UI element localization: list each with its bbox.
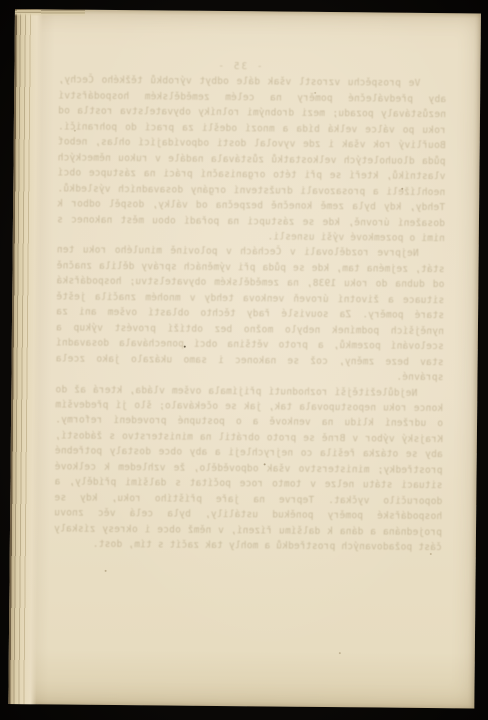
paper-specks — [15, 9, 17, 11]
page-edge-stack — [8, 9, 43, 704]
book-page: - 35 - Ve prospěchu vzrostl však dále od… — [8, 9, 481, 708]
bleedthrough-paragraph-2: Nejprve rozdělovali v Čechách v polovině… — [55, 243, 444, 386]
page-corner-stack — [15, 9, 85, 17]
bleedthrough-paragraph-3: Nejdůležitější rozhodnutí přijímala ovše… — [54, 382, 444, 556]
bleedthrough-paragraph-1: Ve prospěchu vzrostl však dále odbyt výr… — [57, 73, 447, 247]
scanned-photo-background: - 35 - Ve prospěchu vzrostl však dále od… — [0, 0, 488, 720]
bleedthrough-text: - 35 - Ve prospěchu vzrostl však dále od… — [53, 57, 447, 650]
